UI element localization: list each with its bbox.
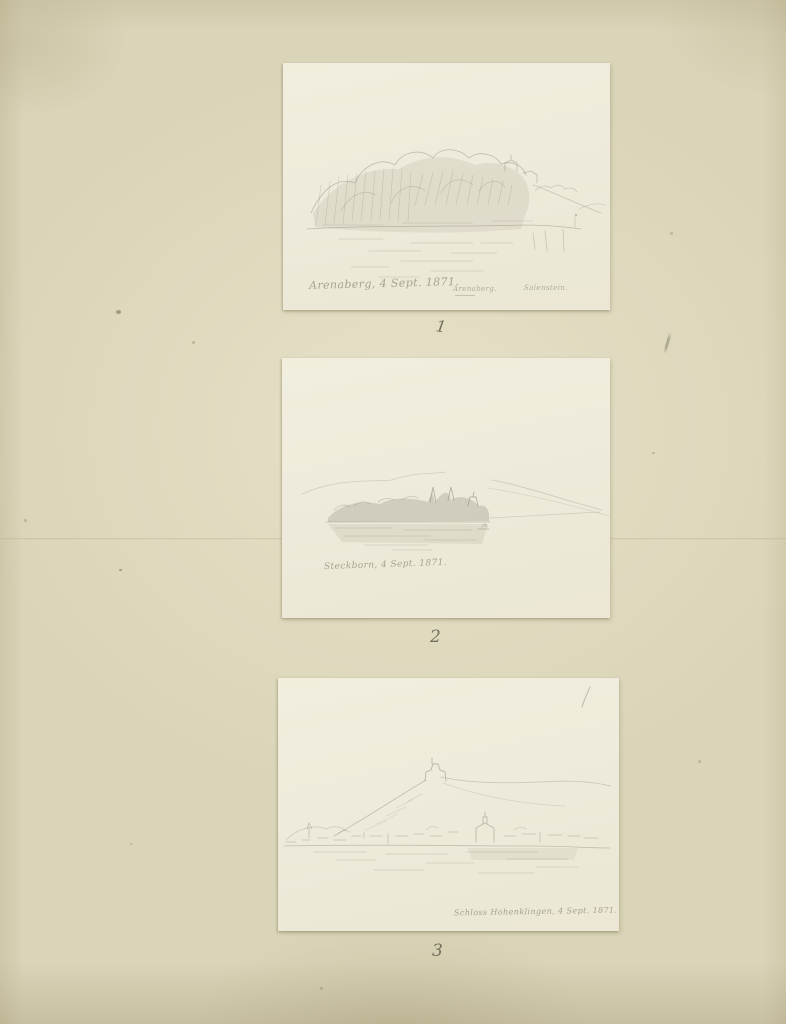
village-buildings [286,832,598,844]
paper-speck [130,843,132,845]
sketch-sheet-2: Steckborn, 4 Sept. 1871. [282,358,610,618]
near-slope-line [443,783,566,806]
hill-left-slope [334,780,426,836]
paper-speck [320,987,323,990]
paper-speck [192,341,195,344]
reflection-shading [468,848,578,860]
sketch-drawing-3 [278,678,619,931]
pencil-slash-mark [582,687,590,707]
sheet-number: 2 [430,627,442,647]
pencil-dash [455,295,475,296]
shoreline-right [488,488,609,516]
village-main-building [476,812,494,842]
sketch-sheet-3: Schloss Hohenklingen, 4 Sept. 1871. [278,678,619,931]
paper-speck [24,519,27,522]
reeds-right [533,217,575,251]
water-reflections [339,239,513,277]
sketch-drawing-1 [283,63,610,310]
sheet-number: 3 [432,941,444,961]
paper-speck [116,310,121,314]
paper-speck [119,569,122,571]
hills-outline [302,472,446,494]
sketch-drawing-2 [282,358,610,618]
sheet-number: 1 [435,316,449,336]
left-church-tower [307,823,312,838]
far-left-hill [286,827,346,840]
pencil-mark [663,332,672,354]
sketch-note: Salenstein. [524,284,568,292]
bushes-right [535,185,577,192]
album-page: Arenaberg, 4 Sept. 1871. Arenaberg. Sale… [0,0,786,1024]
sketch-note: Arenaberg. [453,285,497,293]
hill-line-right [533,185,601,213]
reflection-shading [328,524,488,544]
paper-speck [670,232,673,235]
waterline [284,845,610,848]
sketch-sheet-1: Arenaberg, 4 Sept. 1871. Arenaberg. Sale… [283,63,610,310]
paper-speck [698,760,701,763]
shore-extension [490,512,600,518]
headland-right [492,480,602,510]
paper-speck [652,452,655,454]
hill-ridge-right [441,777,611,786]
small-figure [575,214,577,216]
far-shore-line [579,204,605,209]
